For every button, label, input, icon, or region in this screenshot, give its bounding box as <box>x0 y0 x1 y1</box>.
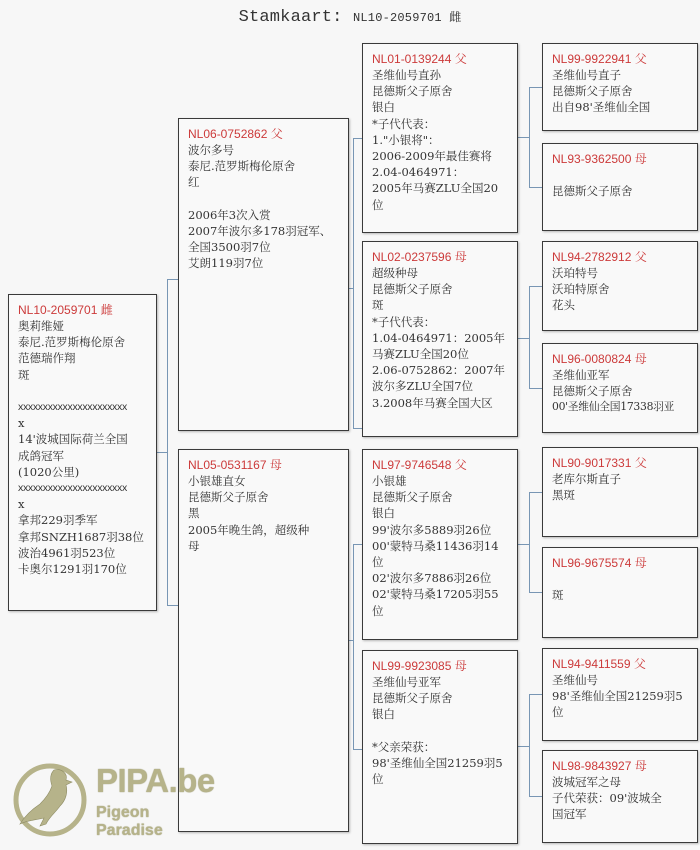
connector <box>353 544 354 749</box>
info-line: 出自98'圣维仙全国 <box>552 99 689 115</box>
pigeon-card-mm: NL99-9923085 母 圣维仙号亚军 昆德斯父子原舍 银白 *父亲荣获： … <box>362 650 518 844</box>
title-ring: NL10-2059701 雌 <box>353 11 461 25</box>
info-line: 位 <box>372 771 509 787</box>
connector <box>529 87 530 187</box>
connector <box>353 138 362 139</box>
connector <box>529 796 542 797</box>
sex-label: 母 <box>635 556 647 570</box>
sex-label: 母 <box>635 759 647 773</box>
info-line: 沃珀特号 <box>552 265 689 281</box>
ring-number: NL02-0237596 母 <box>372 249 509 265</box>
info-line: 位 <box>372 554 509 570</box>
info-line: 全国3500羽7位 <box>188 239 340 255</box>
info-line: xxxxxxxxxxxxxxxxxxxxxx <box>18 399 148 415</box>
pigeon-icon <box>10 758 92 840</box>
info-line: 圣维仙亚军 <box>552 367 689 383</box>
info-line: 花头 <box>552 297 689 313</box>
pigeon-card-ff: NL01-0139244 父 圣维仙号直孙 昆德斯父子原舍 银白 *子代代表： … <box>362 43 518 233</box>
info-line: 02'波尔多7886羽26位 <box>372 570 509 586</box>
info-line: 红 <box>188 174 340 190</box>
ring-number: NL93-9362500 母 <box>552 151 689 167</box>
info-line: 1."小银将"： <box>372 132 509 148</box>
info-line: 子代荣获：09'波城全 <box>552 790 689 806</box>
info-line: 2.04-0464971： <box>372 164 509 180</box>
info-line: 奥莉维娅 <box>18 318 148 334</box>
info-line: 超级种母 <box>372 265 509 281</box>
sex-label: 父 <box>635 52 647 66</box>
info-line <box>188 191 340 207</box>
ring-number: NL10-2059701 雌 <box>18 302 148 318</box>
connector <box>529 694 530 796</box>
info-line: 波治4961羽523位 <box>18 545 148 561</box>
sex-label: 父 <box>635 456 647 470</box>
sex-label: 父 <box>455 52 467 66</box>
info-line: 母 <box>188 538 340 554</box>
ring-number: NL90-9017331 父 <box>552 455 689 471</box>
pigeon-card-mff: NL90-9017331 父 老库尔斯直子 黑斑 <box>542 447 698 537</box>
info-line: 成鸽冠军 <box>18 448 148 464</box>
pigeon-card-ffm: NL93-9362500 母 昆德斯父子原舍 <box>542 143 698 231</box>
info-line: 泰尼.范罗斯梅伦原舍 <box>18 334 148 350</box>
info-line: 小银雄 <box>372 473 509 489</box>
pigeon-card-mfm: NL96-9675574 母 斑 <box>542 547 698 638</box>
info-line: 银白 <box>372 505 509 521</box>
info-line: 拿邦229羽季军 <box>18 512 148 528</box>
info-line: 银白 <box>372 99 509 115</box>
sex-label: 母 <box>635 152 647 166</box>
info-line: 泰尼.范罗斯梅伦原舍 <box>188 158 340 174</box>
connector <box>353 544 362 545</box>
info-line: 昆德斯父子原舍 <box>372 489 509 505</box>
info-line: 卡奥尔1291羽170位 <box>18 561 148 577</box>
info-line: 2005年晚生鸽，超级种 <box>188 522 340 538</box>
sex-label: 母 <box>455 250 467 264</box>
info-line: 昆德斯父子原舍 <box>372 690 509 706</box>
ring-number: NL94-2782912 父 <box>552 249 689 265</box>
info-line: 2006-2009年最佳赛将 <box>372 148 509 164</box>
info-line: 圣维仙号直子 <box>552 67 689 83</box>
info-line <box>552 167 689 183</box>
sex-label: 母 <box>270 458 282 472</box>
info-line: 老库尔斯直子 <box>552 471 689 487</box>
logo-tagline: Pigeon Paradise <box>96 804 210 840</box>
info-line: 小银雄直女 <box>188 473 340 489</box>
connector <box>353 428 362 429</box>
info-line: 黑 <box>188 505 340 521</box>
info-line: *父亲荣获： <box>372 739 509 755</box>
info-line: 3.2008年马赛全国大区 <box>372 395 509 411</box>
connector <box>353 138 354 428</box>
info-line: 99'波尔多5889羽26位 <box>372 522 509 538</box>
info-line: 波尔多号 <box>188 142 340 158</box>
sex-label: 母 <box>455 659 467 673</box>
info-line: 昆德斯父子原舍 <box>372 281 509 297</box>
info-line <box>552 571 689 587</box>
pigeon-card-mf: NL97-9746548 父 小银雄 昆德斯父子原舍 银白 99'波尔多5889… <box>362 449 518 640</box>
connector <box>167 279 178 280</box>
pigeon-card-fm: NL02-0237596 母 超级种母 昆德斯父子原舍 斑 *子代代表： 1.0… <box>362 241 518 437</box>
connector <box>529 286 530 388</box>
info-line: 拿邦SNZH1687羽38位 <box>18 529 148 545</box>
info-line: 斑 <box>18 367 148 383</box>
pipa-logo: PIPA.be Pigeon Paradise <box>10 758 210 838</box>
info-line: 圣维仙号直孙 <box>372 67 509 83</box>
pigeon-card-fmm: NL96-0080824 母 圣维仙亚军 昆德斯父子原舍 00'圣维仙全国173… <box>542 343 698 433</box>
connector <box>167 605 178 606</box>
info-line: 14'波城国际荷兰全国 <box>18 431 148 447</box>
connector <box>529 187 542 188</box>
info-line: 昆德斯父子原舍 <box>188 489 340 505</box>
info-line: 银白 <box>372 706 509 722</box>
info-line: 1.04-0464971：2005年 <box>372 330 509 346</box>
pigeon-card-mmf: NL94-9411559 父 圣维仙号 98'圣维仙全国21259羽5 位 <box>542 648 698 741</box>
connector <box>529 492 530 592</box>
info-line: 昆德斯父子原舍 <box>552 83 689 99</box>
info-line: 斑 <box>372 297 509 313</box>
info-line: 2006年3次入赏 <box>188 207 340 223</box>
info-line <box>18 383 148 399</box>
ring-number: NL99-9923085 母 <box>372 658 509 674</box>
connector <box>529 492 542 493</box>
info-line: 昆德斯父子原舍 <box>372 83 509 99</box>
info-line: 02'蒙特马桑17205羽55 <box>372 586 509 602</box>
pigeon-card-mmm: NL98-9843927 母 波城冠军之母 子代荣获：09'波城全 国冠军 <box>542 750 698 843</box>
pigeon-card-fff: NL99-9922941 父 圣维仙号直子 昆德斯父子原舍 出自98'圣维仙全国 <box>542 43 698 131</box>
connector <box>529 388 542 389</box>
sex-label: 母 <box>635 352 647 366</box>
sex-label: 父 <box>271 127 283 141</box>
pigeon-card-root: NL10-2059701 雌 奥莉维娅 泰尼.范罗斯梅伦原舍 范德瑞作翔 斑 x… <box>8 294 157 611</box>
info-line: *子代代表： <box>372 314 509 330</box>
info-line: 00'蒙特马桑11436羽14 <box>372 538 509 554</box>
info-line: 昆德斯父子原舍 <box>552 183 689 199</box>
info-line: 黑斑 <box>552 487 689 503</box>
ring-number: NL98-9843927 母 <box>552 758 689 774</box>
sex-label: 父 <box>634 657 646 671</box>
pigeon-card-fmf: NL94-2782912 父 沃珀特号 沃珀特原舍 花头 <box>542 241 698 331</box>
info-line: x <box>18 496 148 512</box>
connector <box>353 749 362 750</box>
info-line: 范德瑞作翔 <box>18 350 148 366</box>
ring-number: NL01-0139244 父 <box>372 51 509 67</box>
info-line: 斑 <box>552 587 689 603</box>
title-prefix: Stamkaart: <box>239 8 343 27</box>
ring-number: NL06-0752862 父 <box>188 126 340 142</box>
info-line <box>372 723 509 739</box>
info-line: 位 <box>552 704 689 720</box>
ring-number: NL99-9922941 父 <box>552 51 689 67</box>
connector <box>529 592 542 593</box>
info-line: 沃珀特原舍 <box>552 281 689 297</box>
info-line: 98'圣维仙全国21259羽5 <box>552 688 689 704</box>
info-line: x <box>18 415 148 431</box>
ring-number: NL96-9675574 母 <box>552 555 689 571</box>
sex-label: 父 <box>635 250 647 264</box>
ring-number: NL97-9746548 父 <box>372 457 509 473</box>
ring-number: NL94-9411559 父 <box>552 656 689 672</box>
info-line: 2.06-0752862：2007年 <box>372 362 509 378</box>
logo-brand: PIPA.be <box>96 762 215 800</box>
info-line: 昆德斯父子原舍 <box>552 383 689 399</box>
info-line: 波尔多ZLU全国7位 <box>372 378 509 394</box>
info-line: 2005年马赛ZLU全国20 <box>372 180 509 196</box>
info-line: xxxxxxxxxxxxxxxxxxxxxx <box>18 480 148 496</box>
info-line: 圣维仙号亚军 <box>372 674 509 690</box>
page-title: Stamkaart: NL10-2059701 雌 <box>0 8 700 27</box>
sex-label: 父 <box>455 458 467 472</box>
info-line: 位 <box>372 603 509 619</box>
info-line: 00'圣维仙全国17338羽亚 <box>552 399 689 415</box>
info-line: 马赛ZLU全国20位 <box>372 346 509 362</box>
connector <box>529 87 542 88</box>
ring-number: NL05-0531167 母 <box>188 457 340 473</box>
connector <box>167 279 168 605</box>
info-line: 2007年波尔多178羽冠军、 <box>188 223 340 239</box>
info-line: 波城冠军之母 <box>552 774 689 790</box>
info-line: 98'圣维仙全国21259羽5 <box>372 755 509 771</box>
ring-number: NL96-0080824 母 <box>552 351 689 367</box>
pigeon-card-father: NL06-0752862 父 波尔多号 泰尼.范罗斯梅伦原舍 红 2006年3次… <box>178 118 349 431</box>
info-line: *子代代表： <box>372 116 509 132</box>
info-line: 艾朗119羽7位 <box>188 255 340 271</box>
info-line: 圣维仙号 <box>552 672 689 688</box>
info-line: 国冠军 <box>552 806 689 822</box>
info-line: 位 <box>372 197 509 213</box>
info-line: (1020公里) <box>18 464 148 480</box>
connector <box>529 286 542 287</box>
sex-label: 雌 <box>101 303 113 317</box>
connector <box>529 694 542 695</box>
